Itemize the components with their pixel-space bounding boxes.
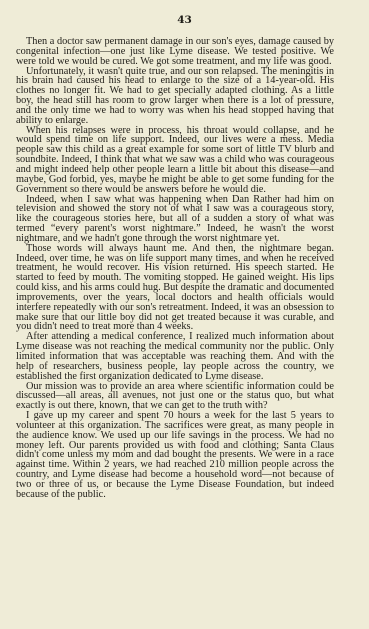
paragraph: Those words will always haunt me. And th… <box>16 244 334 333</box>
paragraph: Unfortunately, it wasn't quite true, and… <box>16 67 334 126</box>
paragraph: Our mission was to provide an area where… <box>16 382 334 412</box>
paragraph: After attending a medical conference, I … <box>16 332 334 381</box>
document-page: 43 Then a doctor saw permanent damage in… <box>0 0 369 629</box>
paragraph: When his relapses were in process, his t… <box>16 126 334 195</box>
paragraph: Then a doctor saw permanent damage in ou… <box>16 37 334 67</box>
paragraph: Indeed, when I saw what was happening wh… <box>16 195 334 244</box>
page-number: 43 <box>0 14 369 26</box>
paragraph: I gave up my career and spent 70 hours a… <box>16 411 334 500</box>
body-text: Then a doctor saw permanent damage in ou… <box>16 37 334 500</box>
